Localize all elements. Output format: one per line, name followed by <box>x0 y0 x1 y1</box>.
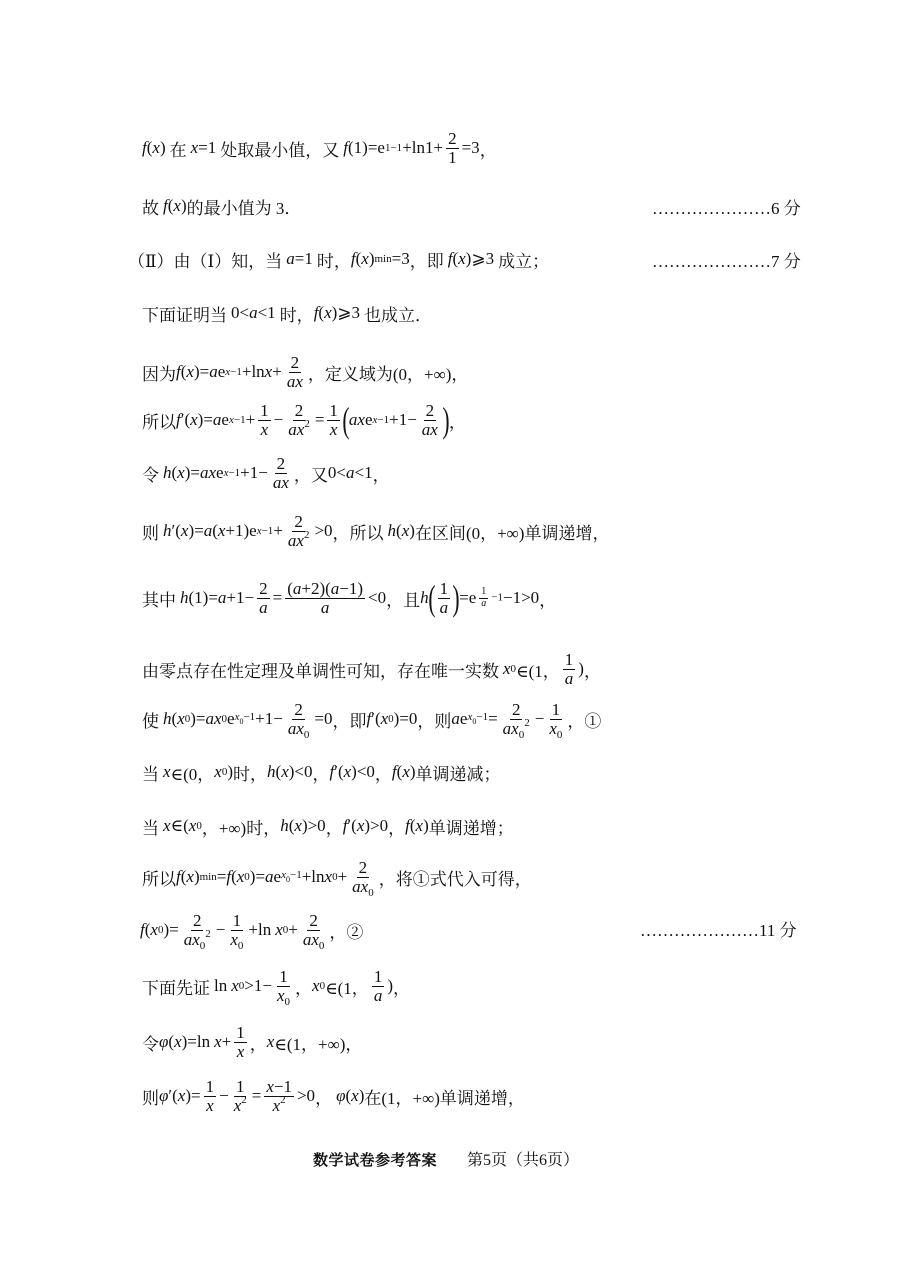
text: 单调递减； <box>416 760 501 785</box>
text: ， <box>584 657 601 682</box>
text: 时， <box>317 247 351 272</box>
line-8: 则h′(x)=a(x+1)ex−1+2ax2>0，所以h(x)在区间(0，+∞)… <box>142 505 609 557</box>
text: ， <box>326 814 343 839</box>
text: 下面证明当 <box>142 301 227 326</box>
text: ， <box>250 1030 267 1055</box>
text: 单调递增， <box>440 1084 525 1109</box>
text: 也成立． <box>364 301 432 326</box>
fraction: (a+2)(a−1)a <box>285 580 365 617</box>
text: ， <box>480 136 497 161</box>
fraction: 2ax <box>420 402 440 439</box>
fraction: 1x <box>327 402 340 439</box>
text: ，即 <box>333 707 367 732</box>
text: ，又 <box>294 461 328 486</box>
fraction: 1x0 <box>547 701 564 738</box>
fraction: 2ax0 <box>350 859 376 896</box>
text: 当 <box>142 760 159 785</box>
text: ，① <box>567 707 601 732</box>
text: 时， <box>280 301 314 326</box>
text: 令 <box>142 1030 159 1055</box>
fraction: 1x0 <box>228 912 245 949</box>
fraction: 1x <box>234 1024 247 1061</box>
text: ， <box>345 1030 362 1055</box>
line-6: 所以f′(x)=aex−1+1x−2ax2=1x(axex−1+1−2ax)， <box>142 393 466 447</box>
text: ， <box>393 974 410 999</box>
text: ，所以 <box>333 519 384 544</box>
text: 使 <box>142 707 159 732</box>
line-12: 当x∈(0，x0)时，h(x)<0，f′(x)<0，f(x)单调递减； <box>142 752 501 792</box>
fraction: 2a <box>257 580 270 617</box>
text: 处取最小值，又 <box>220 136 339 161</box>
text: 因为 <box>142 360 176 385</box>
text: 故 <box>142 194 159 219</box>
text: 在区间 <box>415 519 466 544</box>
text: ，② <box>329 918 363 943</box>
text: 单调递增， <box>524 519 609 544</box>
fraction: 2ax2 <box>286 513 312 550</box>
text: 由零点存在性定理及单调性可知，存在唯一实数 <box>142 657 499 682</box>
fraction: 2ax0 <box>301 912 327 949</box>
text: 则 <box>142 519 159 544</box>
text: ， <box>539 586 556 611</box>
score-6: …………………6 分 <box>652 186 801 226</box>
text: 成立； <box>498 247 549 272</box>
line-13: 当x∈(x0，+∞)时，h(x)>0，f′(x)>0，f(x)单调递增； <box>142 806 514 846</box>
line-15: f(x0)=2ax02−1x0+lnx0+2ax0，② <box>140 904 363 956</box>
text: ，且 <box>386 586 420 611</box>
text: ， <box>373 461 390 486</box>
text: ， <box>388 814 405 839</box>
line-14: 所以f(x)min=f(x0)=aex0−1+lnx0+2ax0，将①式代入可得… <box>142 851 532 903</box>
fraction: 1x <box>258 402 271 439</box>
line-5: 因为f(x)=aex−1+lnx+2ax，定义域为(0，+∞)， <box>142 346 468 398</box>
fraction: 1a <box>438 580 451 617</box>
line-3: （Ⅱ）由（Ⅰ）知，当a=1时，f(x)min=3，即f(x)⩾3成立； <box>128 239 549 279</box>
text: 其中 <box>142 586 176 611</box>
text: 所以 <box>142 865 176 890</box>
line-2: 故f(x)的最小值为 3． <box>142 186 301 226</box>
line-4: 下面证明当0<a<1时，f(x)⩾3也成立． <box>142 293 432 333</box>
fraction: 1a <box>372 968 385 1005</box>
line-7: 令h(x)=axex−1+1−2ax，又0<a<1， <box>142 447 390 499</box>
line-17: 令φ(x)=lnx+1x，x∈(1，+∞)， <box>142 1016 362 1068</box>
fraction: 1a <box>563 651 576 688</box>
text: 所以 <box>142 408 176 433</box>
text: （Ⅱ）由（Ⅰ）知，当 <box>128 247 282 272</box>
text: ， <box>449 408 466 433</box>
line-1: f(x)在x=1处取最小值，又f(1)=e1−1+ln1+21=3， <box>142 128 497 168</box>
page-footer: 数学试卷参考答案 第5页（共6页） <box>313 1147 579 1170</box>
fraction: 2ax02 <box>182 912 213 949</box>
page-number: 第5页（共6页） <box>467 1152 579 1169</box>
text: ， <box>295 974 312 999</box>
text: 在 <box>170 136 187 161</box>
line-11: 使h(x0)=ax0ex0−1+1−2ax0=0，即f′(x0)=0，则aex0… <box>142 693 601 745</box>
text: 时， <box>246 814 280 839</box>
text: 下面先证 <box>142 974 210 999</box>
text: 在 <box>364 1084 381 1109</box>
fraction: 2ax <box>271 455 291 492</box>
fraction: x−1x2 <box>264 1078 294 1115</box>
text: ，将①式代入可得， <box>379 865 532 890</box>
line-18: 则φ′(x)=1x−1x2=x−1x2>0，φ(x)在(1，+∞)单调递增， <box>142 1070 525 1122</box>
text: 当 <box>142 814 159 839</box>
text: 则 <box>142 1084 159 1109</box>
line-10: 由零点存在性定理及单调性可知，存在唯一实数x0∈(1，1a)， <box>142 643 601 695</box>
line-9: 其中h(1)=a+1−2a=(a+2)(a−1)a<0，且h(1a)=e1a−1… <box>142 571 556 625</box>
score-11: …………………11 分 <box>640 908 797 948</box>
text: ， <box>375 760 392 785</box>
fraction: 2ax0 <box>286 701 312 738</box>
text: ，则 <box>417 707 451 732</box>
fraction: 1x0 <box>275 968 292 1005</box>
text: 令 <box>142 461 159 486</box>
fraction: 2ax02 <box>501 701 532 738</box>
fraction: 21 <box>446 130 459 167</box>
footer-title: 数学试卷参考答案 <box>313 1151 437 1169</box>
text: ， <box>315 1084 332 1109</box>
text: 单调递增； <box>429 814 514 839</box>
text: 的最小值为 3． <box>187 194 302 219</box>
text: ， <box>312 760 329 785</box>
fraction: 2ax <box>285 354 305 391</box>
text: ， <box>451 360 468 385</box>
line-16: 下面先证lnx0>1−1x0，x0∈(1，1a)， <box>142 960 410 1012</box>
text: 时， <box>233 760 267 785</box>
fraction: 1x <box>204 1078 217 1115</box>
score-7: …………………7 分 <box>652 239 801 279</box>
fraction: 2ax2 <box>286 402 312 439</box>
text: ，即 <box>410 247 444 272</box>
fraction: 1x2 <box>232 1078 249 1115</box>
text: ，定义域为 <box>308 360 393 385</box>
